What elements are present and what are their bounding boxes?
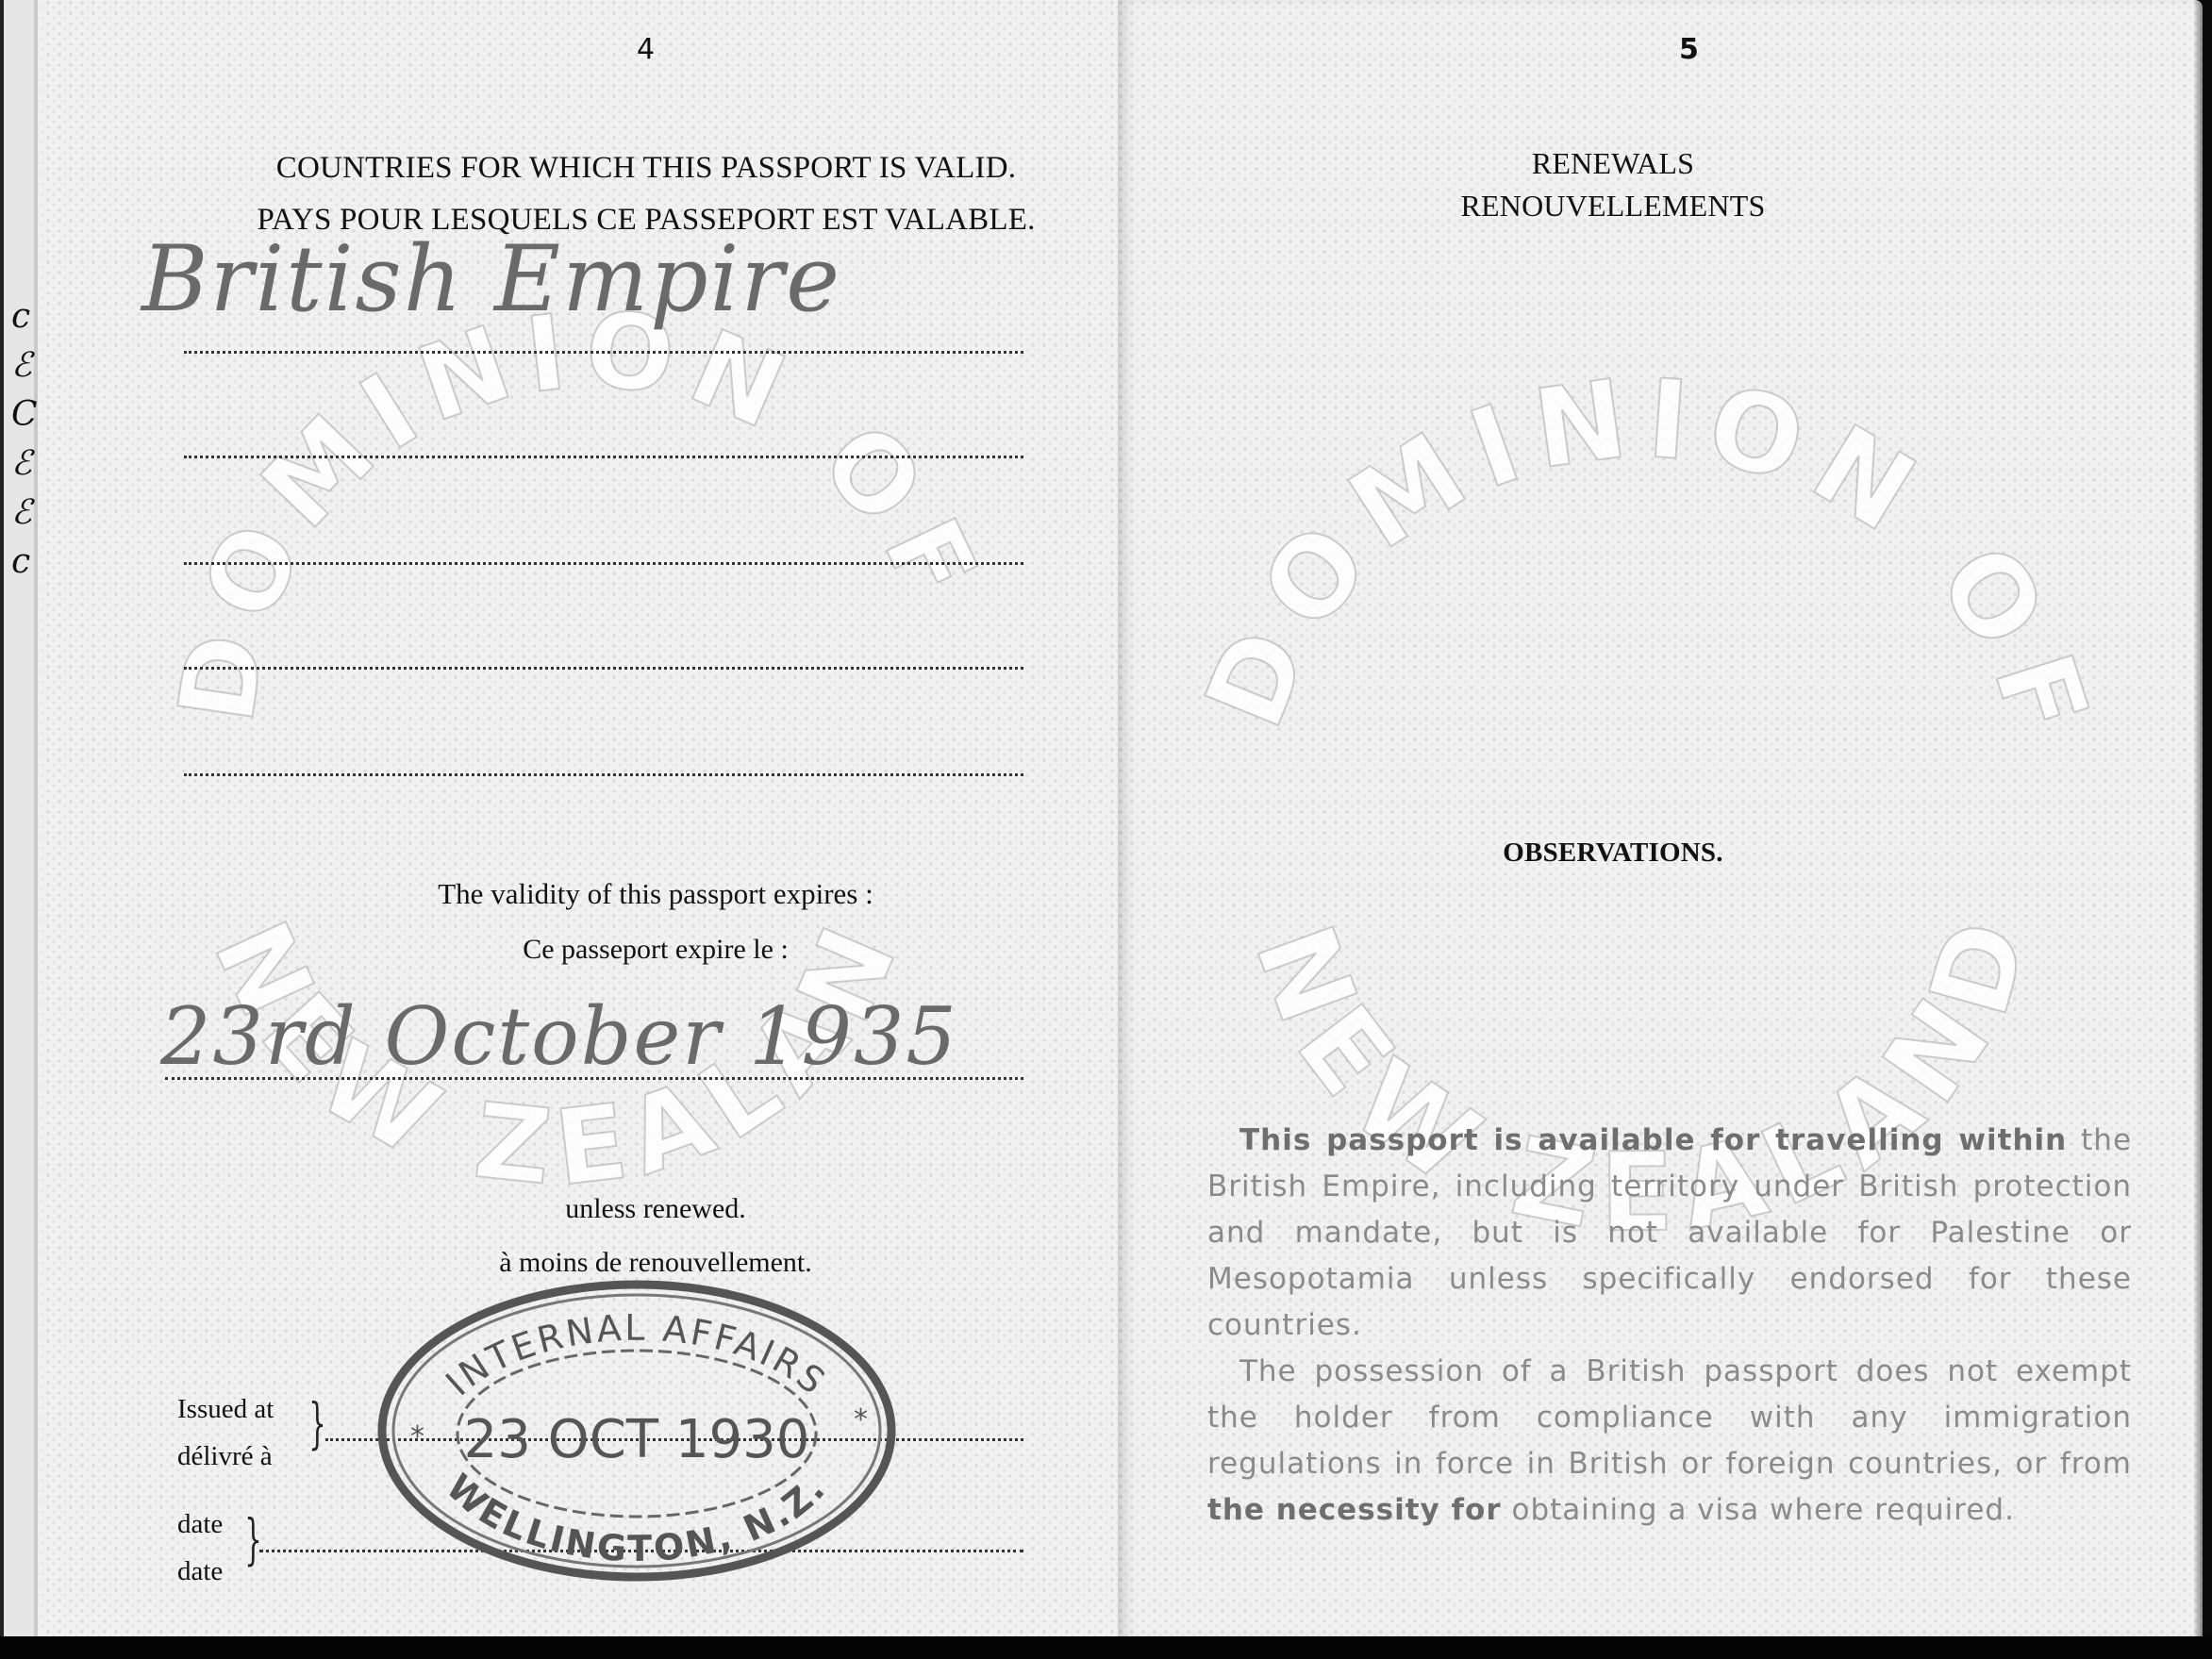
svg-text:INTERNAL AFFAIRS: INTERNAL AFFAIRS xyxy=(438,1307,835,1404)
svg-text:*: * xyxy=(410,1420,424,1453)
passport-spread: c ℰ C ℰ ℰ c DOMINION OF NEW ZEALAND 4 CO… xyxy=(0,0,2212,1641)
countries-line-5 xyxy=(184,773,1023,776)
travel-restrictions-notice: This passport is available for travellin… xyxy=(1207,1118,2132,1534)
page-number: 4 xyxy=(637,33,655,66)
countries-handwritten-entry: British Empire xyxy=(141,226,841,332)
watermark-dominion-of-new-zealand: DOMINION OF NEW ZEALAND xyxy=(141,283,990,1231)
svg-text:DOMINION OF: DOMINION OF xyxy=(1182,377,2099,762)
countries-line-1 xyxy=(184,351,1023,354)
internal-affairs-stamp: INTERNAL AFFAIRS WELLINGTON, N.Z. 23 OCT… xyxy=(373,1278,901,1584)
spine-handwriting: c ℰ C ℰ ℰ c xyxy=(11,292,30,587)
expiry-date-handwritten: 23rd October 1935 xyxy=(160,990,958,1083)
notice-paragraph-2-body: The possession of a British passport doe… xyxy=(1207,1354,2132,1481)
countries-line-4 xyxy=(184,667,1023,670)
expiry-date-line xyxy=(165,1077,1023,1080)
notice-paragraph-2-end: obtaining a visa where required. xyxy=(1511,1493,2014,1527)
valid-countries-heading-en: COUNTRIES FOR WHICH THIS PASSPORT IS VAL… xyxy=(198,151,1094,186)
renewals-heading-fr: RENOUVELLEMENTS xyxy=(1325,189,1901,224)
countries-line-3 xyxy=(184,562,1023,565)
issued-at-label-fr: délivré à xyxy=(177,1441,273,1472)
page-4: c ℰ C ℰ ℰ c DOMINION OF NEW ZEALAND 4 CO… xyxy=(0,0,1121,1636)
svg-text:*: * xyxy=(854,1403,868,1436)
page-number: 5 xyxy=(1679,33,1699,66)
countries-line-2 xyxy=(184,456,1023,458)
unless-renewed-fr: à moins de renouvellement. xyxy=(283,1247,1028,1279)
unless-renewed-en: unless renewed. xyxy=(283,1193,1028,1225)
date-label-en: date xyxy=(177,1509,223,1540)
date-brace: } xyxy=(244,1507,261,1571)
svg-text:DOMINION OF: DOMINION OF xyxy=(156,288,990,730)
date-label-fr: date xyxy=(177,1556,223,1587)
renewals-heading-en: RENEWALS xyxy=(1325,146,1901,181)
notice-paragraph-2-emphasis: the necessity for xyxy=(1207,1493,1502,1527)
scan-bottom-edge xyxy=(0,1636,2212,1659)
issued-at-label-en: Issued at xyxy=(177,1394,274,1425)
validity-label-en: The validity of this passport expires : xyxy=(283,877,1028,911)
observations-heading: OBSERVATIONS. xyxy=(1391,838,1835,869)
validity-label-fr: Ce passeport expire le : xyxy=(283,934,1028,966)
svg-text:23 OCT 1930: 23 OCT 1930 xyxy=(464,1409,810,1470)
spine-edge xyxy=(0,0,40,1636)
issued-at-brace: } xyxy=(308,1391,325,1455)
notice-paragraph-1-lead: This passport is available for travellin… xyxy=(1239,1123,2067,1157)
